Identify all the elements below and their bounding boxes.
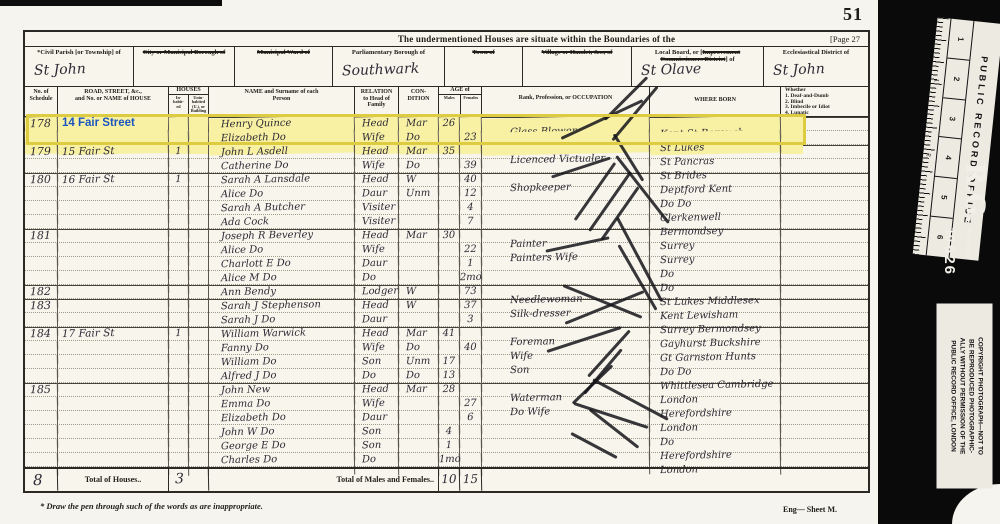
sheet-engraving-note: Eng— Sheet M. xyxy=(783,505,837,514)
photo-edge-strip xyxy=(0,0,222,6)
schedule-total: 8 xyxy=(25,469,58,492)
col-header-disability: Whether 1. Deaf-and-Dumb 2. Blind 3. Imb… xyxy=(781,87,868,116)
col-header-houses-label: HOUSES xyxy=(169,87,208,95)
census-row-20: 185John NewHeadMar28WatermanLondon xyxy=(25,383,868,397)
caption-row: The undermentioned Houses are situate wi… xyxy=(25,32,868,47)
form-footnote: * Draw the pen through such of the words… xyxy=(40,501,263,511)
col-header-condition: CON- DITION xyxy=(399,87,439,116)
census-rows: 17814 Fair StreetHenry QuinceHeadMar26Gl… xyxy=(25,117,868,467)
col-header-occupation: Rank, Profession, or OCCUPATION xyxy=(482,87,650,116)
census-page-scan: 51 The undermentioned Houses are situate… xyxy=(0,0,1000,524)
district-cell-4: Parliamentary Borough ofSouthwark xyxy=(333,47,445,87)
col-header-relation: RELATION to Head of Family xyxy=(355,87,399,116)
reference-word: Reference:— xyxy=(958,228,972,260)
census-row-19: Alfred J DoDoDo13Whittlesea Cambridge xyxy=(25,369,868,383)
census-row-11: Charlott E DoDaur1Do xyxy=(25,257,868,271)
district-cell-5: Town of xyxy=(445,47,523,87)
district-label: Parliamentary Borough of xyxy=(336,49,441,56)
total-houses-label: Total of Houses.. xyxy=(58,469,169,491)
ruler-tick-number: 2 xyxy=(925,153,931,157)
district-cell-3: Municipal Ward of xyxy=(235,47,333,87)
census-row-25: Charles DoDo1moLondon xyxy=(25,453,868,467)
total-males-females-label: Total of Males and Females.. xyxy=(209,469,439,491)
page-number-label: [Page 27 xyxy=(830,34,860,44)
census-row-16: 18417 Fair St1William WarwickHeadMar41Fo… xyxy=(25,327,868,341)
district-cell-8: Ecclesiastical District ofSt John xyxy=(764,47,868,87)
total-houses-value: 3 xyxy=(169,469,209,492)
col-header-age-females: Females xyxy=(461,95,482,116)
col-header-age-label: AGE of xyxy=(439,87,481,95)
district-value: Southwark xyxy=(342,61,420,80)
district-value: St John xyxy=(773,61,825,79)
col-header-where-born: WHERE BORN xyxy=(650,87,781,116)
col-header-houses: HOUSES In- habit- ed Unin- habited (U.),… xyxy=(169,87,209,116)
ruler-tick-number: 1 xyxy=(933,78,939,82)
col-header-road: ROAD, STREET, &c., and No. or NAME of HO… xyxy=(58,87,169,116)
rg-series: R.G. xyxy=(960,163,990,224)
district-cell-7: Local Board, or [Improvement Commissione… xyxy=(632,47,764,87)
totals-empty-cell xyxy=(482,469,868,491)
census-row-24: George E DoSon1Herefordshire xyxy=(25,439,868,453)
col-header-age: AGE of Males Females xyxy=(439,87,482,116)
census-row-12: Alice M DoDo2moDo xyxy=(25,271,868,285)
col-header-name: NAME and Surname of each Person xyxy=(209,87,355,116)
census-row-8: Ada CockVisiter7Bermondsey xyxy=(25,215,868,229)
census-row-10: Alice DoWife22Painters WifeSurrey xyxy=(25,243,868,257)
census-row-3: 17915 Fair St1John L AsdellHeadMar35Lice… xyxy=(25,145,868,159)
district-value: St Olave xyxy=(641,61,702,79)
census-row-5: 18016 Fair St1Sarah A LansdaleHeadW40Sho… xyxy=(25,173,868,187)
district-label: Ecclesiastical District of xyxy=(767,49,865,56)
piece-number: 626 xyxy=(940,245,958,289)
reference-label: R.G. Reference:— 10 xyxy=(935,163,990,253)
census-row-1: 17814 Fair StreetHenry QuinceHeadMar26Gl… xyxy=(25,117,868,131)
census-row-2: Elizabeth DoWifeDo23St Lukes xyxy=(25,131,868,145)
census-row-23: John W DoSon4Do xyxy=(25,425,868,439)
total-females-value: 15 xyxy=(460,469,482,491)
census-row-9: 181Joseph R BeverleyHeadMar30PainterSurr… xyxy=(25,229,868,243)
census-row-7: Sarah A ButcherVisiter4Clerkenwell xyxy=(25,201,868,215)
total-males-value: 10 xyxy=(439,469,460,491)
district-label: *Civil Parish [or Township] of xyxy=(28,49,130,56)
district-label: Municipal Ward of xyxy=(238,49,329,56)
census-row-21: Emma DoWife27Do WifeHerefordshire xyxy=(25,397,868,411)
district-label: Town of xyxy=(448,49,519,56)
census-row-18: William DoSonUnm17SonDo Do xyxy=(25,355,868,369)
census-row-22: Elizabeth DoDaur6London xyxy=(25,411,868,425)
census-row-4: Catherine DoWifeDo39St Brides xyxy=(25,159,868,173)
district-header-row: *Civil Parish [or Township] ofSt JohnCit… xyxy=(25,47,868,87)
column-header-row: No. of Schedule ROAD, STREET, &c., and N… xyxy=(25,87,868,117)
col-header-uninhabited: Unin- habited (U.), or Building (B.) xyxy=(189,95,208,117)
census-row-17: Fanny DoWifeDo40WifeGt Garnston Hunts xyxy=(25,341,868,355)
sheet-number: 51 xyxy=(843,4,863,25)
census-row-14: 183Sarah J StephensonHeadW37Silk-dresser… xyxy=(25,299,868,313)
form-caption: The undermentioned Houses are situate wi… xyxy=(305,34,768,44)
district-value: St John xyxy=(34,61,86,79)
district-cell-2: City or Municipal Borough of xyxy=(134,47,235,87)
census-row-6: Alice DoDaurUnm12Do Do xyxy=(25,187,868,201)
district-label: Village or Hamlet, &c., of xyxy=(526,49,628,56)
district-cell-1: *Civil Parish [or Township] ofSt John xyxy=(25,47,134,87)
copyright-notice: COPYRIGHT PHOTOGRAPH—NOT TO BE REPRODUCE… xyxy=(937,304,993,489)
district-label: City or Municipal Borough of xyxy=(137,49,231,56)
census-row-15: Sarah J DoDaur3Surrey Bermondsey xyxy=(25,313,868,327)
col-header-inhabited: In- habit- ed xyxy=(169,95,189,117)
col-header-schedule: No. of Schedule xyxy=(25,87,58,116)
col-header-age-males: Males xyxy=(439,95,461,116)
totals-row: 8 Total of Houses.. 3 Total of Males and… xyxy=(25,467,868,491)
district-cell-6: Village or Hamlet, &c., of xyxy=(523,47,632,87)
census-row-13: 182Ann BendyLodgerW73NeedlewomanSt Lukes… xyxy=(25,285,868,299)
census-form: The undermentioned Houses are situate wi… xyxy=(23,30,870,493)
